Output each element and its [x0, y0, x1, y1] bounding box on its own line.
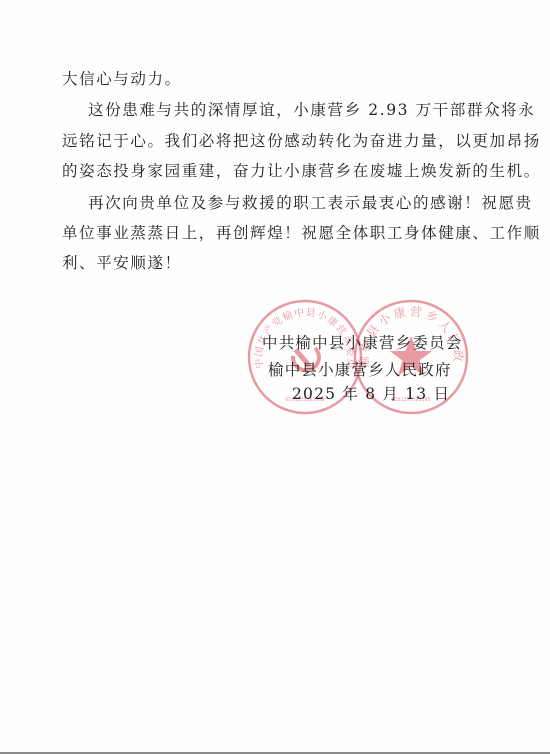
signature-date: 2025 年 8 月 13 日: [292, 385, 450, 403]
signature-party-committee: 中共榆中县小康营乡委员会: [262, 334, 462, 352]
body-line-6: 单位事业蒸蒸日上，再创辉煌！祝愿全体职工身体健康、工作顺: [62, 224, 541, 242]
body-line-1: 大信心与动力。: [62, 70, 182, 88]
body-line-2: 这份患难与共的深情厚谊，小康营乡 2.93 万干部群众将永: [62, 101, 535, 119]
document-page: 大信心与动力。 这份患难与共的深情厚谊，小康营乡 2.93 万干部群众将永 远铭…: [0, 0, 550, 752]
signature-township-government: 榆中县小康营乡人民政府: [268, 361, 452, 379]
body-line-4: 的姿态投身家园重建，奋力让小康营乡在废墟上焕发新的生机。: [62, 162, 541, 180]
body-line-3: 远铭记于心。我们必将把这份感动转化为奋进力量，以更加昂扬: [62, 132, 541, 150]
body-line-5: 再次向贵单位及参与救援的职工表示最衷心的感谢！祝愿贵: [62, 194, 533, 212]
body-line-7: 利、平安顺遂！: [62, 254, 182, 272]
